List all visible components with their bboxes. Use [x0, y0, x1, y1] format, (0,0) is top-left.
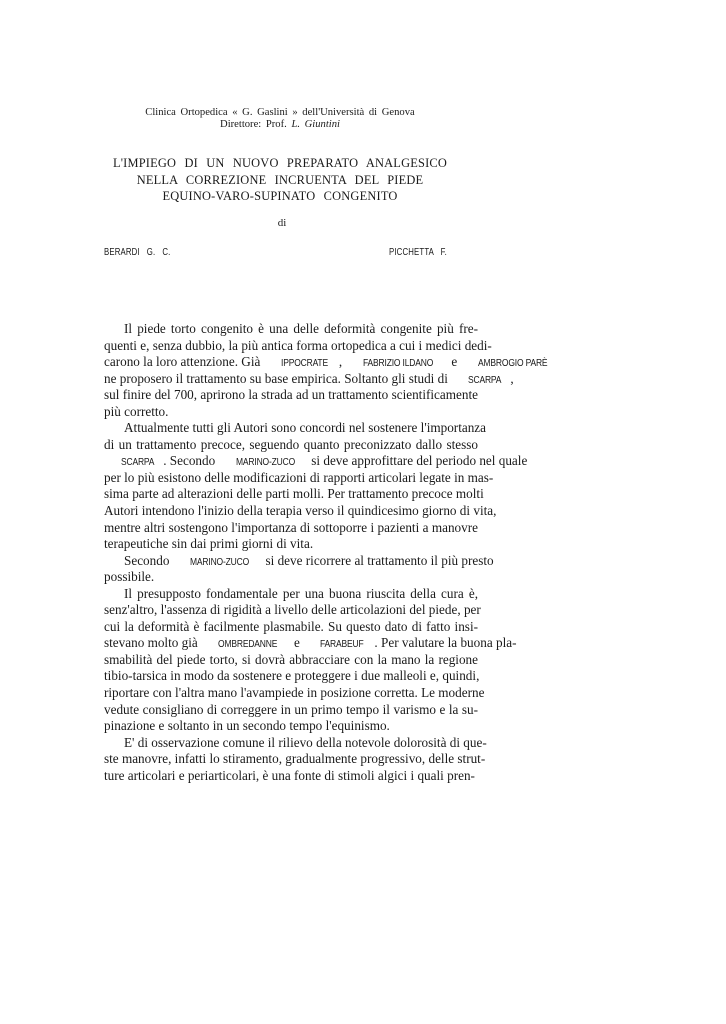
- text-line: Attualmente tutti gli Autori sono concor…: [84, 420, 478, 437]
- paragraph: Il piede torto congenito è una delle def…: [84, 321, 478, 420]
- text-line: quenti e, senza dubbio, la più antica fo…: [84, 338, 478, 355]
- paragraph: Attualmente tutti gli Autori sono concor…: [84, 420, 478, 552]
- author-name: MARINO-ZUCO: [173, 555, 249, 572]
- text-line: possibile.: [84, 569, 478, 586]
- text-line: pinazione e soltanto in un secondo tempo…: [84, 718, 478, 735]
- text-line: per lo più esistono delle modificazioni …: [84, 470, 478, 487]
- director-line: Direttore: Prof. L. Giuntini: [100, 119, 460, 131]
- text-line: sima parte ad alterazioni delle parti mo…: [84, 486, 478, 503]
- text-line: sul finire del 700, aprirono la strada a…: [84, 387, 478, 404]
- paragraph: Il presupposto fondamentale per una buon…: [84, 586, 478, 735]
- director-label: Direttore: Prof.: [220, 119, 287, 130]
- text-line: ture articolari e periarticolari, è una …: [84, 768, 478, 785]
- author-right: PICCHETTA F.: [389, 247, 447, 258]
- affiliation-line: Clinica Ortopedica « G. Gaslini » dell'U…: [100, 107, 460, 119]
- text-line: Secondo MARINO-ZUCO si deve ricorrere al…: [84, 553, 478, 570]
- text-line: vedute consigliano di correggere in un p…: [84, 702, 478, 719]
- text-line: E' di osservazione comune il rilievo del…: [84, 735, 478, 752]
- author-name: OMBREDANNE: [201, 637, 277, 654]
- text-line: senz'altro, l'assenza di rigidità a live…: [84, 602, 478, 619]
- author-left: BERARDI G. C.: [104, 247, 170, 258]
- author-name: FARABEUF: [303, 637, 364, 654]
- title-line-3: EQUINO-VARO-SUPINATO CONGENITO: [100, 188, 460, 205]
- title-line-2: NELLA CORREZIONE INCRUENTA DEL PIEDE: [100, 172, 460, 189]
- text-line: di un trattamento precoce, seguendo quan…: [84, 437, 478, 454]
- byline-di: di: [262, 217, 302, 229]
- text-line: Il presupposto fondamentale per una buon…: [84, 586, 478, 603]
- paragraph: E' di osservazione comune il rilievo del…: [84, 735, 478, 785]
- author-name: FABRIZIO ILDANO: [346, 356, 433, 373]
- body-text: Il piede torto congenito è una delle def…: [84, 321, 478, 784]
- paragraph: Secondo MARINO-ZUCO si deve ricorrere al…: [84, 553, 478, 586]
- author-name: MARINO-ZUCO: [219, 455, 295, 472]
- text-line: cui la deformità è facilmente plasmabile…: [84, 619, 478, 636]
- article-title: L'IMPIEGO DI UN NUOVO PREPARATO ANALGESI…: [100, 155, 460, 205]
- author-name: SCARPA: [104, 455, 154, 472]
- text-line: ne proposero il trattamento su base empi…: [84, 371, 478, 388]
- text-line: carono la loro attenzione. Già IPPOCRATE…: [84, 354, 478, 371]
- text-line: Il piede torto congenito è una delle def…: [84, 321, 478, 338]
- author-name: AMBROGIO PARÈ: [461, 356, 547, 373]
- director-name: L. Giuntini: [291, 119, 340, 130]
- text-line: stevano molto già OMBREDANNE e FARABEUF.…: [84, 635, 478, 652]
- text-line: smabilità del piede torto, si dovrà abbr…: [84, 652, 478, 669]
- text-line: più corretto.: [84, 404, 478, 421]
- text-line: mentre altri sostengono l'importanza di …: [84, 520, 478, 537]
- text-line: tibio-tarsica in modo da sostenere e pro…: [84, 668, 478, 685]
- author-name: IPPOCRATE: [264, 356, 328, 373]
- author-name: SCARPA: [451, 373, 501, 390]
- text-line: SCARPA. Secondo MARINO-ZUCO si deve appr…: [84, 453, 478, 470]
- title-line-1: L'IMPIEGO DI UN NUOVO PREPARATO ANALGESI…: [100, 155, 460, 172]
- text-line: ste manovre, infatti lo stiramento, grad…: [84, 751, 478, 768]
- text-line: terapeutiche sin dai primi giorni di vit…: [84, 536, 478, 553]
- text-line: Autori intendono l'inizio della terapia …: [84, 503, 478, 520]
- text-line: riportare con l'altra mano l'avampiede i…: [84, 685, 478, 702]
